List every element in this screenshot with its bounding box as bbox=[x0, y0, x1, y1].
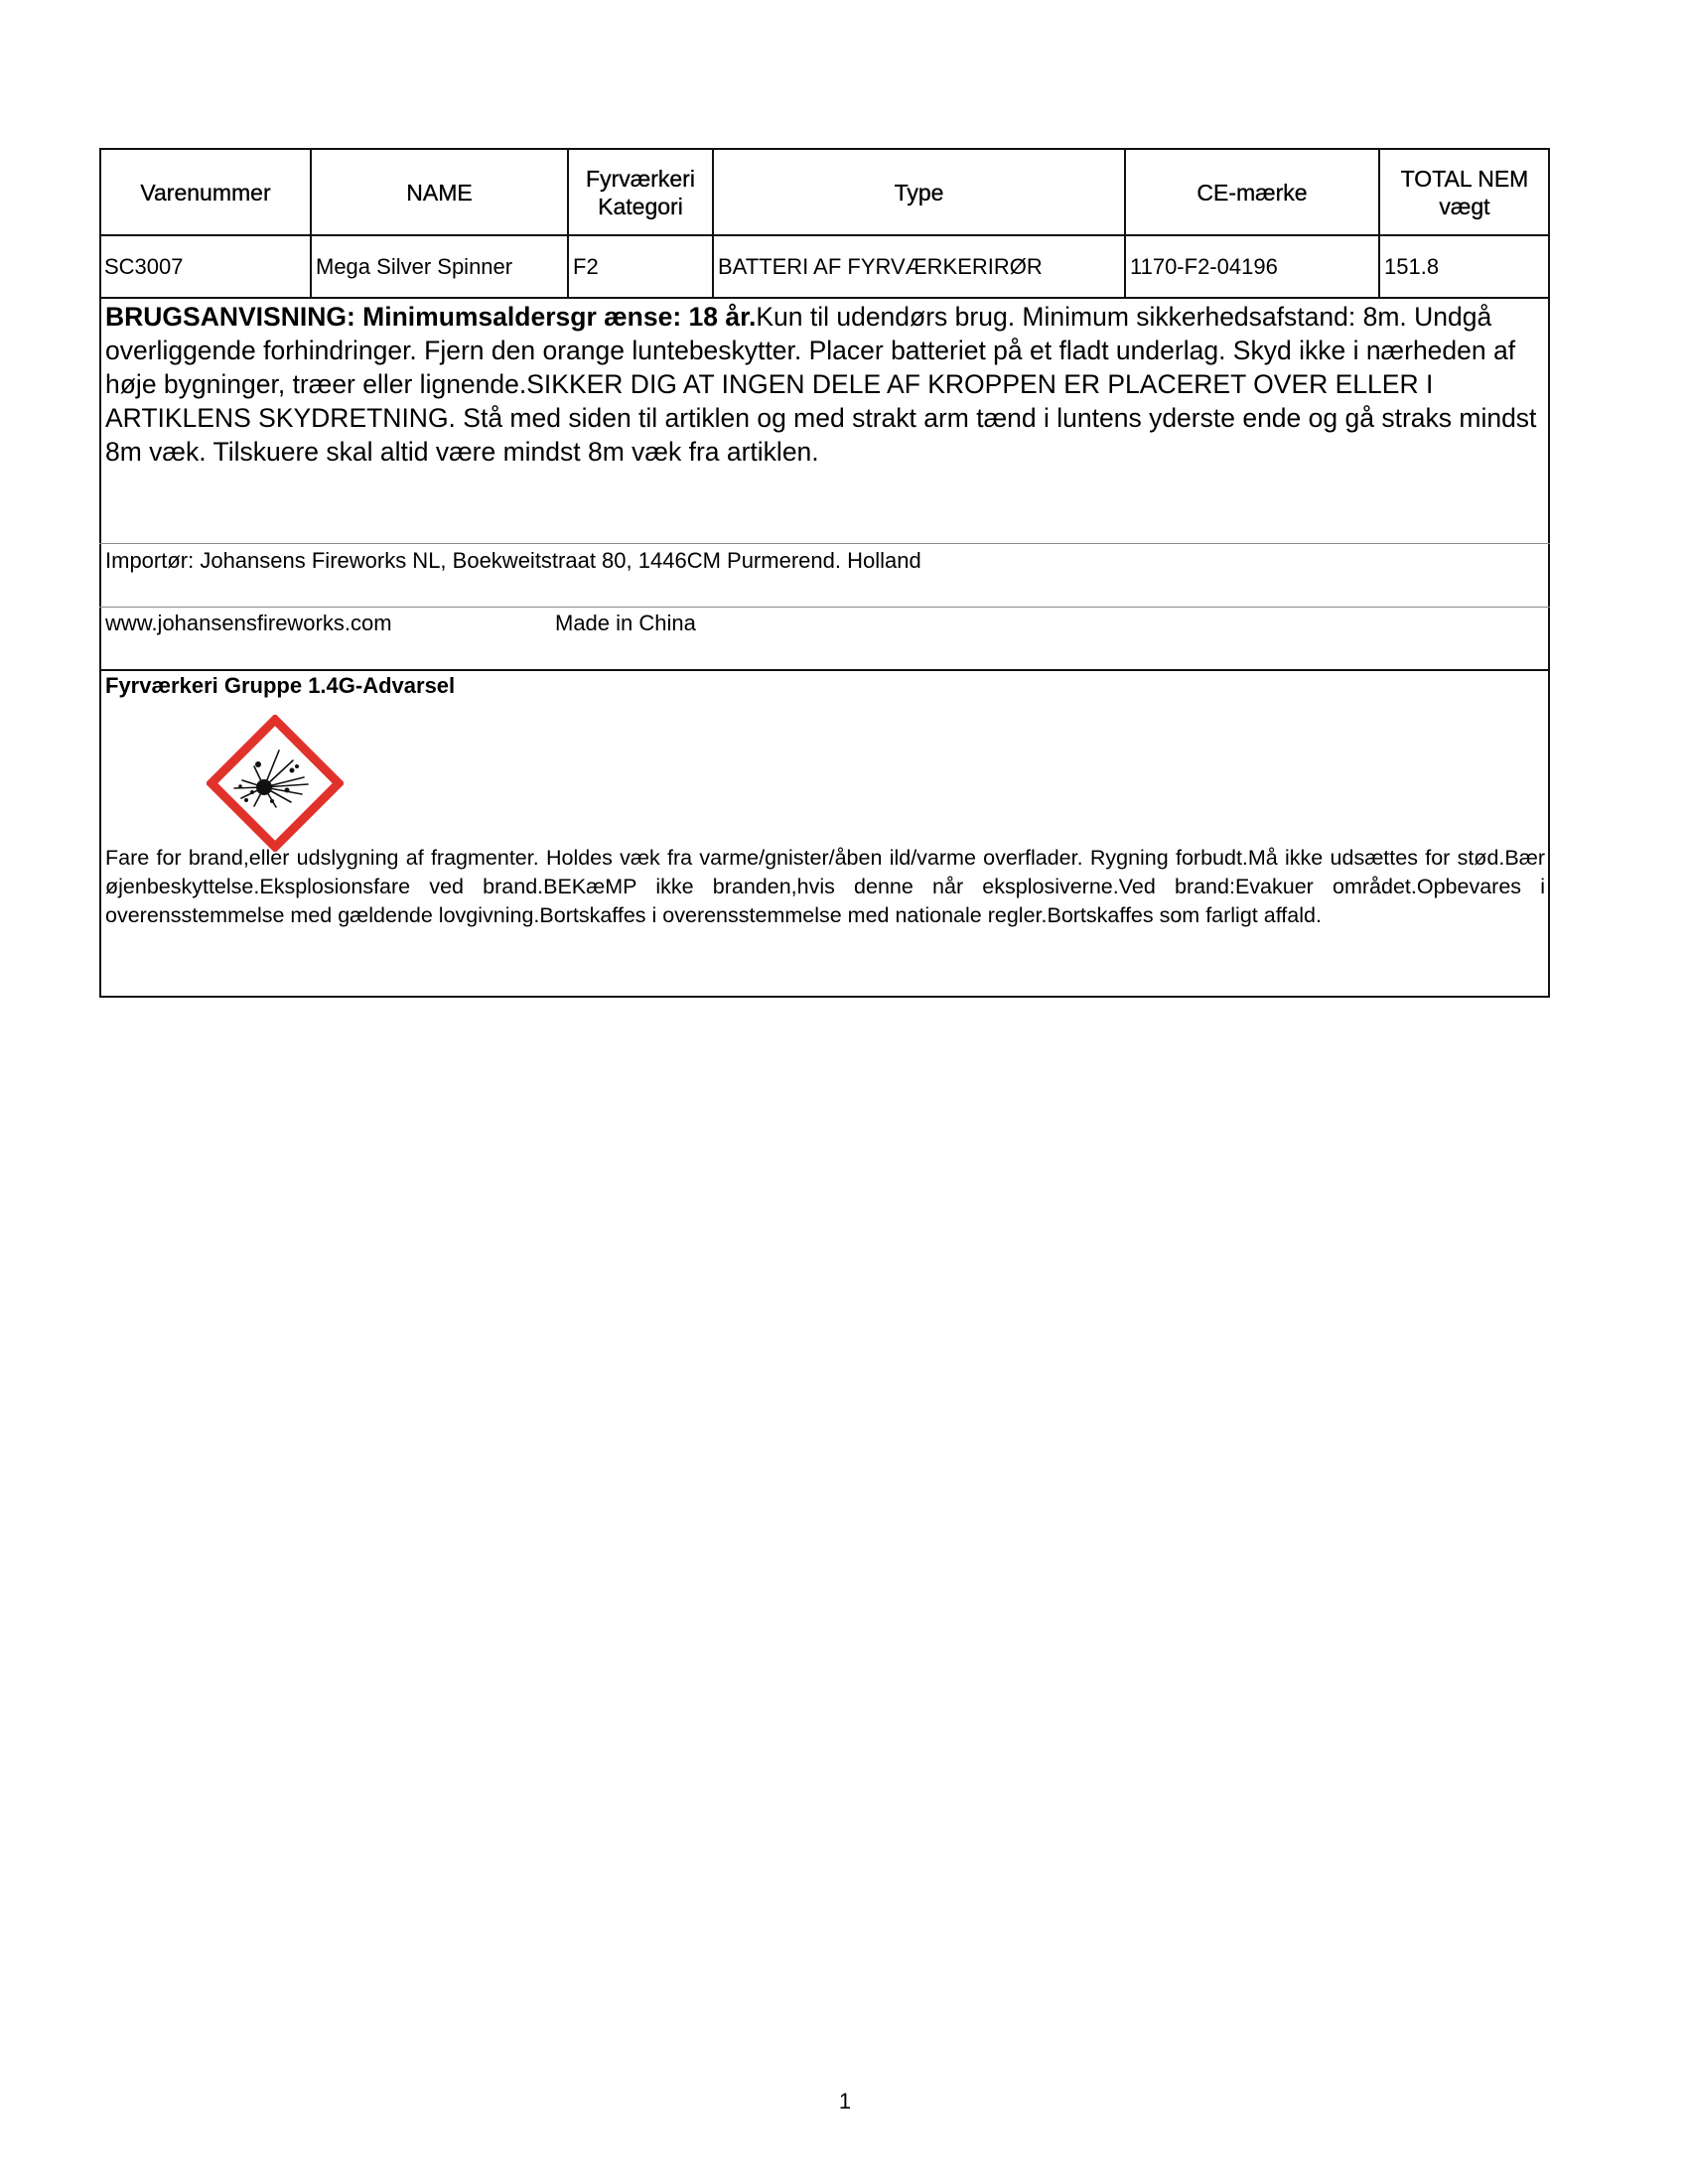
header-kategori-line1: Fyrværkeri bbox=[586, 165, 695, 193]
importer-text: Importør: Johansens Fireworks NL, Boekwe… bbox=[105, 548, 921, 574]
header-kategori-line2: Kategori bbox=[598, 193, 683, 220]
page-number: 1 bbox=[830, 2089, 860, 2115]
header-nem-line1: TOTAL NEM bbox=[1401, 165, 1529, 193]
hazard-warning-text: Fare for brand,eller udslygning af fragm… bbox=[105, 844, 1545, 930]
hazard-divider bbox=[99, 669, 1550, 671]
header-type: Type bbox=[714, 150, 1124, 234]
instructions-label: BRUGSANVISNING: bbox=[105, 302, 362, 332]
ghs01-exploding-bomb-icon bbox=[207, 715, 344, 852]
header-kategori: Fyrværkeri Kategori bbox=[569, 150, 712, 234]
header-nem-line2: vægt bbox=[1439, 193, 1489, 220]
hazard-title: Fyrværkeri Gruppe 1.4G-Advarsel bbox=[105, 673, 455, 699]
instructions-age-limit: Minimumsaldersgr ænse: 18 år. bbox=[362, 302, 756, 332]
cell-kategori: F2 bbox=[568, 236, 712, 298]
usage-instructions: BRUGSANVISNING: Minimumsaldersgr ænse: 1… bbox=[105, 300, 1545, 469]
cell-ce-maerke: 1170-F2-04196 bbox=[1125, 236, 1378, 298]
cell-type: BATTERI AF FYRVÆRKERIRØR bbox=[713, 236, 1124, 298]
website-text: www.johansensfireworks.com bbox=[105, 611, 392, 636]
header-ce-maerke: CE-mærke bbox=[1126, 150, 1378, 234]
cell-name: Mega Silver Spinner bbox=[311, 236, 567, 298]
cell-total-nem-vaegt: 151.8 bbox=[1379, 236, 1549, 298]
origin-text: Made in China bbox=[555, 611, 696, 636]
cell-varenummer: SC3007 bbox=[99, 236, 310, 298]
header-name: NAME bbox=[312, 150, 567, 234]
importer-divider bbox=[99, 543, 1550, 544]
header-total-nem: TOTAL NEM vægt bbox=[1380, 150, 1549, 234]
website-divider bbox=[99, 607, 1550, 608]
header-varenummer: Varenummer bbox=[101, 150, 310, 234]
